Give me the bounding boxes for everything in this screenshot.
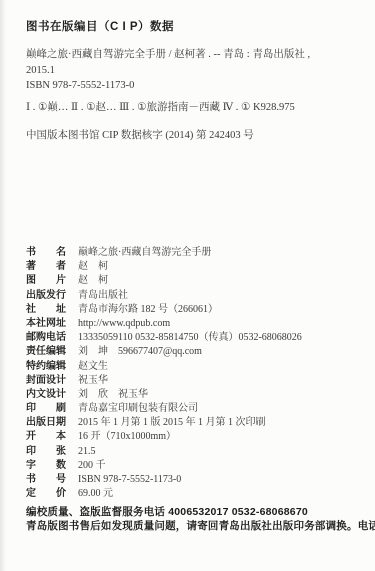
detail-label: 书 号 — [26, 470, 68, 485]
detail-value: 2015 年 1 月第 1 版 2015 年 1 月第 1 次印刷 — [68, 413, 361, 428]
detail-row-title: 书 名 巅峰之旅·西藏自驾游完全手册 — [26, 243, 361, 257]
detail-value: 200 千 — [68, 456, 361, 471]
scan-edge-shadow — [0, 0, 6, 571]
detail-label: 特约编辑 — [26, 357, 68, 372]
cip-record-line: 中国版本图书馆 CIP 数据核字 (2014) 第 242403 号 — [26, 127, 361, 142]
detail-label: 出版发行 — [26, 286, 68, 301]
detail-value: 13335059110 0532-85814750（传真）0532-680680… — [68, 328, 361, 343]
cip-paragraph: 巅峰之旅·西藏自驾游完全手册 / 赵柯著 . -- 青岛 : 青岛出版社 , 2… — [26, 47, 361, 94]
detail-value: 青岛市海尔路 182 号（266061） — [68, 300, 361, 315]
detail-row-editor: 责任编辑 刘 坤 596677407@qq.com — [26, 342, 361, 356]
footer-quality-hotline: 编校质量、盗版监督服务电话 4006532017 0532-68068670 — [26, 506, 361, 520]
detail-label: 内文设计 — [26, 385, 68, 400]
detail-label: 定 价 — [26, 484, 68, 499]
detail-row-website: 本社网址 http://www.qdpub.com — [26, 314, 361, 328]
detail-label: 本社网址 — [26, 314, 68, 329]
detail-label: 书 名 — [26, 243, 68, 258]
detail-label: 责任编辑 — [26, 342, 68, 357]
detail-row-sheets: 印 张 21.5 — [26, 442, 361, 456]
detail-label: 社 址 — [26, 300, 68, 315]
detail-row-price: 定 价 69.00 元 — [26, 484, 361, 498]
detail-value: 青岛出版社 — [68, 286, 361, 301]
detail-value: 赵文生 — [68, 357, 361, 372]
detail-value: 刘 坤 596677407@qq.com — [68, 342, 361, 357]
detail-row-word-count: 字 数 200 千 — [26, 456, 361, 470]
detail-value: 巅峰之旅·西藏自驾游完全手册 — [68, 243, 361, 258]
detail-label: 印 张 — [26, 442, 68, 457]
classification-line: Ⅰ . ①巅… Ⅱ . ①赵… Ⅲ . ①旅游指南－西藏 Ⅳ . ① K928.… — [26, 99, 361, 114]
detail-row-photos: 图 片 赵 柯 — [26, 271, 361, 285]
detail-row-publish-date: 出版日期 2015 年 1 月第 1 版 2015 年 1 月第 1 次印刷 — [26, 413, 361, 427]
detail-row-order-phone: 邮购电话 13335059110 0532-85814750（传真）0532-6… — [26, 328, 361, 342]
detail-value: 刘 欣 祝玉华 — [68, 385, 361, 400]
detail-row-address: 社 址 青岛市海尔路 182 号（266061） — [26, 300, 361, 314]
detail-label: 著 者 — [26, 257, 68, 272]
detail-row-author: 著 者 赵 柯 — [26, 257, 361, 271]
footer-notices: 编校质量、盗版监督服务电话 4006532017 0532-68068670 青… — [26, 506, 361, 533]
detail-row-format: 开 本 16 开（710x1000mm） — [26, 427, 361, 441]
cip-isbn-line: ISBN 978-7-5552-1173-0 — [26, 78, 361, 94]
detail-label: 图 片 — [26, 271, 68, 286]
cip-title-line: 巅峰之旅·西藏自驾游完全手册 / 赵柯著 . -- 青岛 : 青岛出版社 , — [26, 47, 361, 63]
detail-value: 青岛嘉宝印刷包装有限公司 — [68, 399, 361, 414]
detail-row-cover-design: 封面设计 祝玉华 — [26, 371, 361, 385]
cip-header: 图书在版编目（C I P）数据 — [26, 18, 361, 34]
detail-label: 出版日期 — [26, 413, 68, 428]
detail-value: 赵 柯 — [68, 271, 361, 286]
detail-value: 赵 柯 — [68, 257, 361, 272]
cip-year-line: 2015.1 — [26, 63, 361, 79]
detail-label: 印 刷 — [26, 399, 68, 414]
detail-row-publisher: 出版发行 青岛出版社 — [26, 286, 361, 300]
detail-label: 开 本 — [26, 427, 68, 442]
footer-return-notice: 青岛版图书售后如发现质量问题，请寄回青岛出版社出版印务部调换。电话：0532-6… — [26, 520, 361, 534]
detail-value: 69.00 元 — [68, 484, 361, 499]
detail-row-printer: 印 刷 青岛嘉宝印刷包装有限公司 — [26, 399, 361, 413]
detail-value: 16 开（710x1000mm） — [68, 427, 361, 442]
detail-row-isbn: 书 号 ISBN 978-7-5552-1173-0 — [26, 470, 361, 484]
detail-label: 邮购电话 — [26, 328, 68, 343]
detail-label: 字 数 — [26, 456, 68, 471]
detail-row-interior-design: 内文设计 刘 欣 祝玉华 — [26, 385, 361, 399]
book-details-list: 书 名 巅峰之旅·西藏自驾游完全手册 著 者 赵 柯 图 片 赵 柯 出版发行 … — [26, 243, 361, 498]
detail-value: 祝玉华 — [68, 371, 361, 386]
detail-row-special-editor: 特约编辑 赵文生 — [26, 357, 361, 371]
detail-label: 封面设计 — [26, 371, 68, 386]
